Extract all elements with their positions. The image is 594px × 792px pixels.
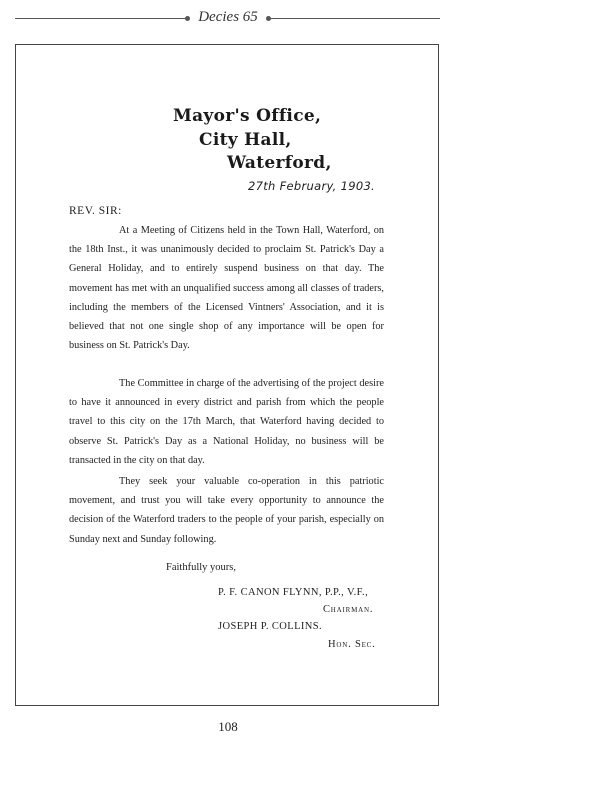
letter-date: 27th February, 1903. [248, 179, 375, 193]
letter-paragraph: They seek your valuable co-operation in … [69, 472, 384, 549]
signatory-title-chairman: Chairman. [323, 604, 373, 615]
letterhead-line-2: City Hall, [199, 130, 292, 150]
paragraph-text: At a Meeting of Citizens held in the Tow… [69, 221, 384, 355]
journal-title: Decies 65 [193, 9, 263, 26]
salutation: REV. SIR: [69, 205, 122, 217]
paragraph-text: They seek your valuable co-operation in … [69, 472, 384, 549]
letter-paragraph: At a Meeting of Citizens held in the Tow… [69, 221, 384, 355]
signatory-title-secretary: Hon. Sec. [328, 639, 376, 650]
page-number: 108 [208, 719, 248, 735]
header-rule-right [269, 18, 440, 19]
closing: Faithfully yours, [166, 562, 236, 573]
paragraph-text: The Committee in charge of the advertisi… [69, 374, 384, 470]
signatory-name-secretary: JOSEPH P. COLLINS. [218, 621, 322, 632]
signatory-name-chairman: P. F. CANON FLYNN, P.P., V.F., [218, 587, 368, 598]
header-rule-left [15, 18, 187, 19]
header-ornament-dot-left [185, 16, 190, 21]
letter-paragraph: The Committee in charge of the advertisi… [69, 374, 384, 470]
letterhead-line-3: Waterford, [227, 153, 332, 173]
running-header: Decies 65 [15, 9, 440, 27]
letterhead-line-1: Mayor's Office, [173, 106, 321, 126]
